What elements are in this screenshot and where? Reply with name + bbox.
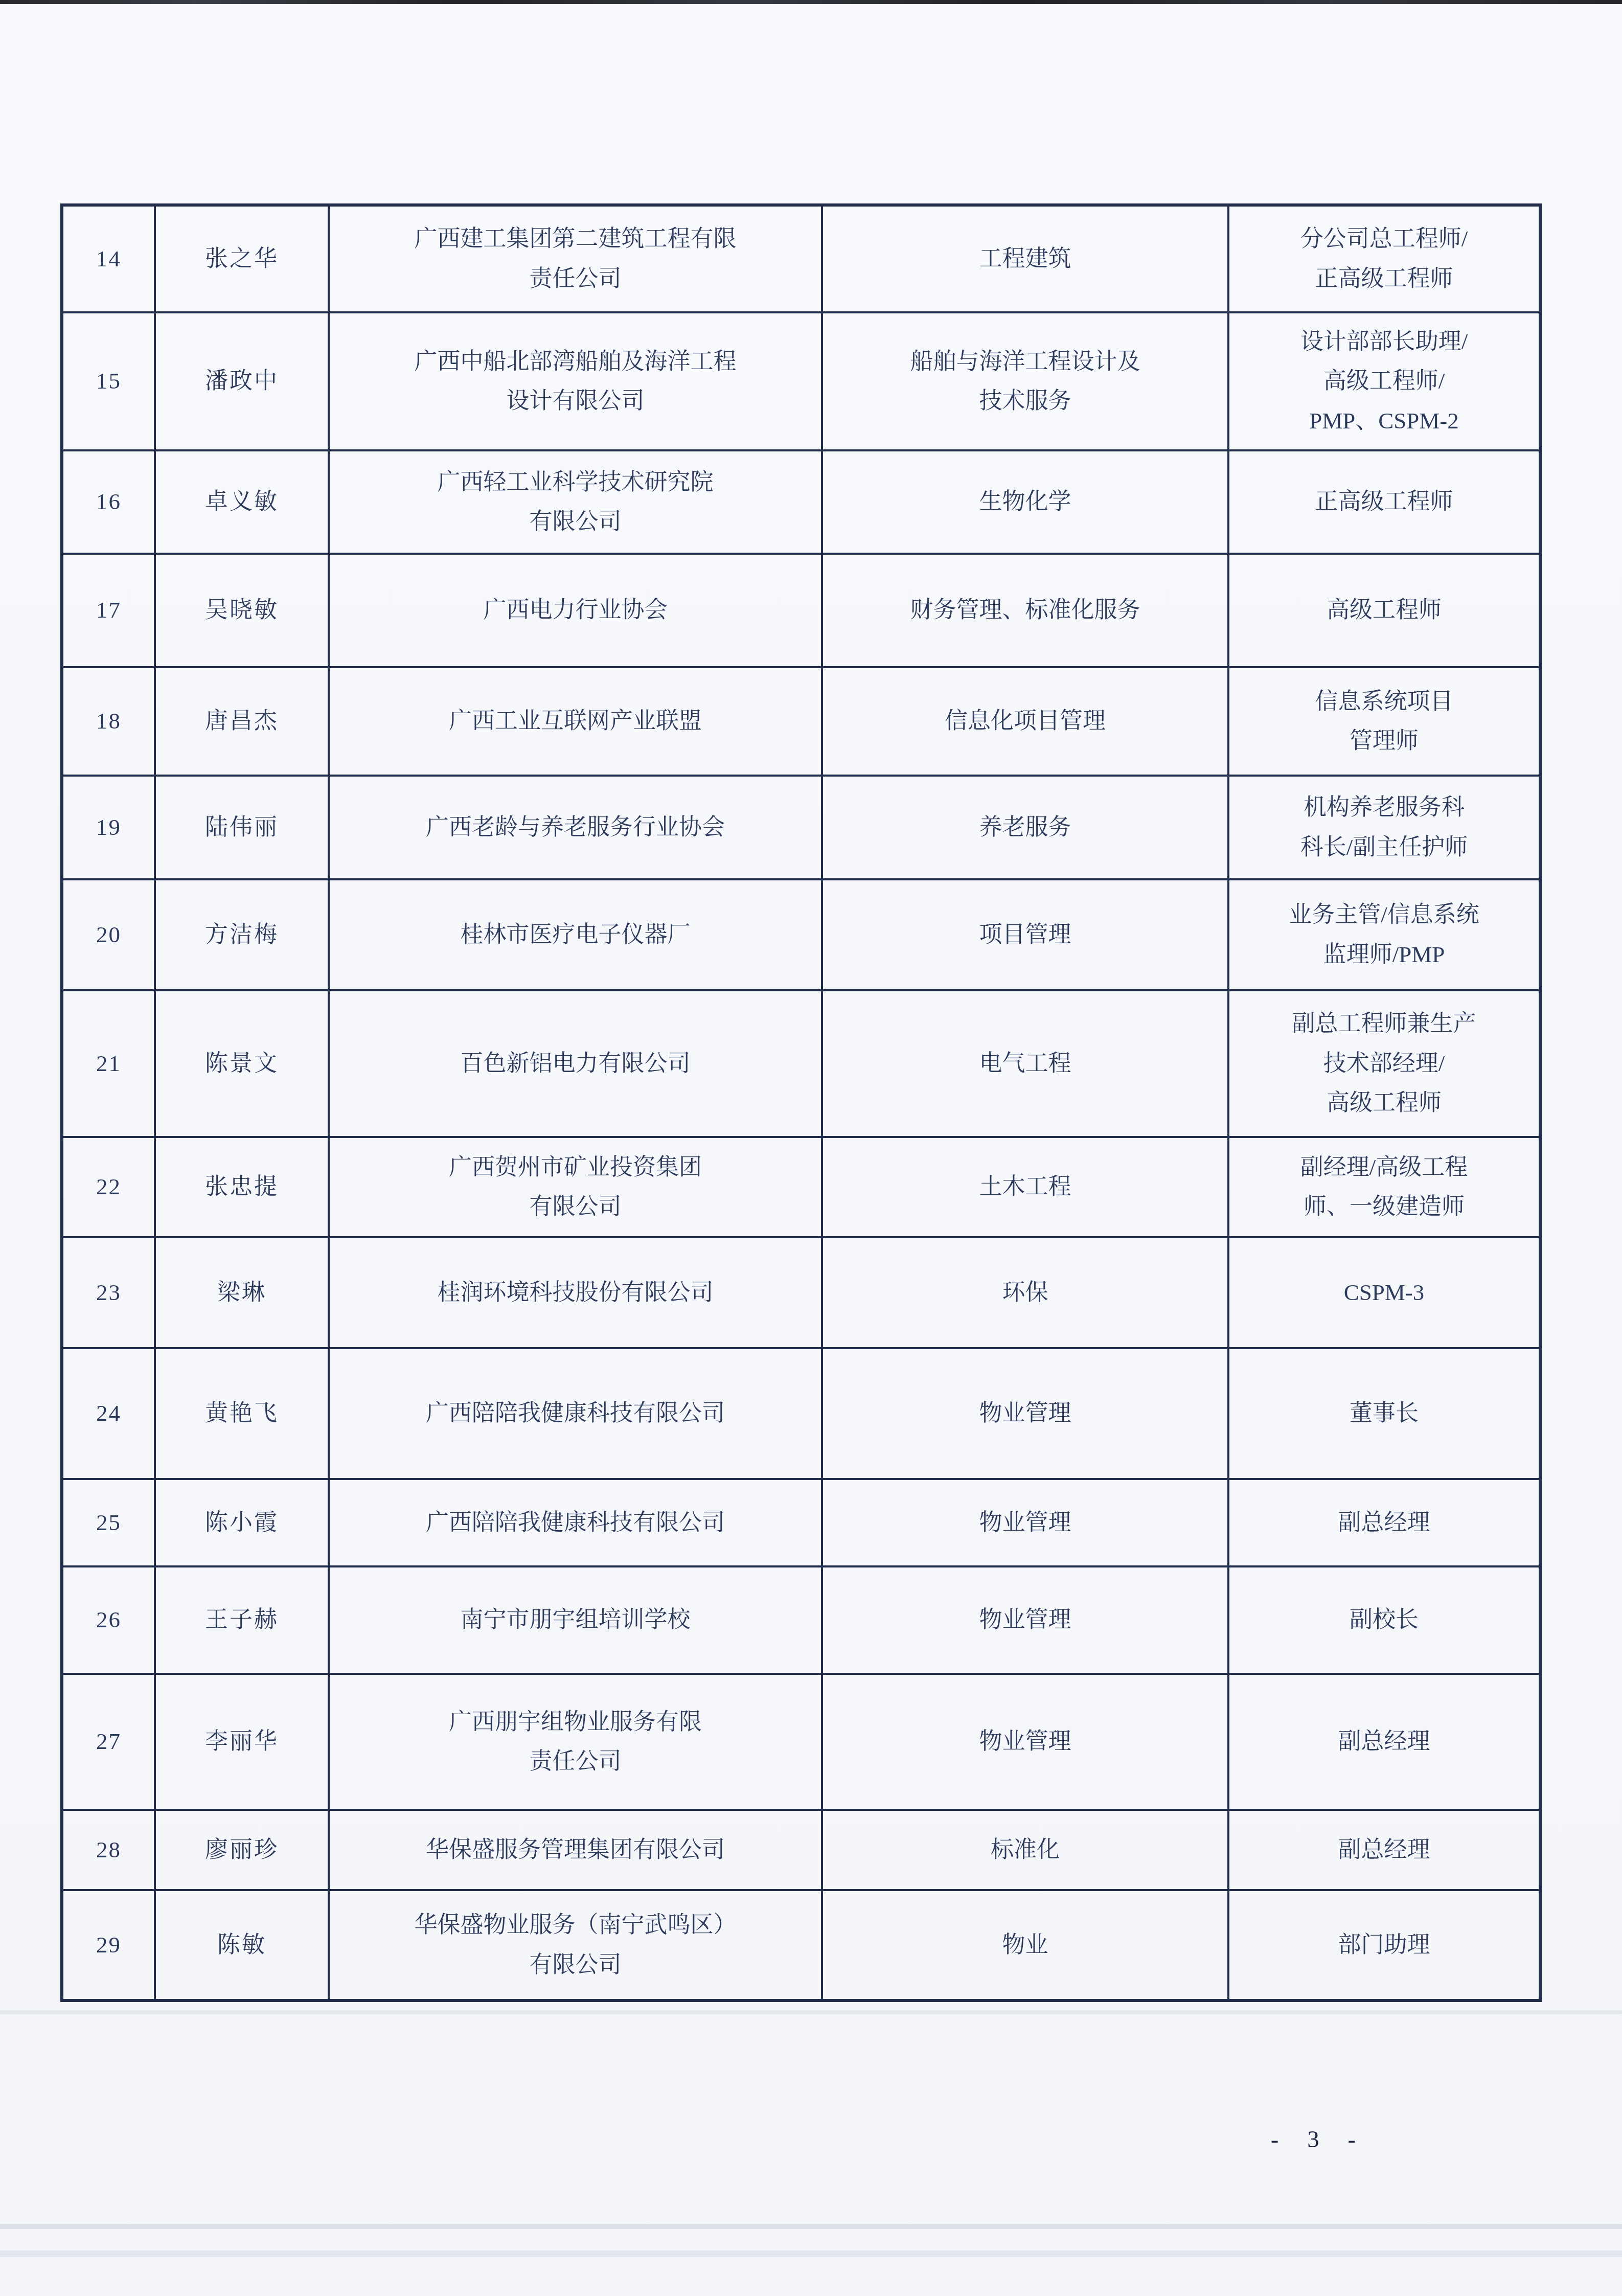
row-number-cell: 21 bbox=[62, 990, 155, 1137]
table-row: 26 王子赫 南宁市朋宇组培训学校 物业管理 副校长 bbox=[62, 1566, 1540, 1674]
row-number-cell: 17 bbox=[62, 554, 155, 667]
field-cell: 生物化学 bbox=[822, 450, 1228, 554]
title-cell: 高级工程师 bbox=[1228, 554, 1540, 667]
company-cell: 广西电力行业协会 bbox=[329, 554, 822, 667]
field-cell: 项目管理 bbox=[822, 879, 1228, 990]
table-row: 22 张忠提 广西贺州市矿业投资集团 有限公司 土木工程 副经理/高级工程 师、… bbox=[62, 1137, 1540, 1237]
table-row: 28 廖丽珍 华保盛服务管理集团有限公司 标准化 副总经理 bbox=[62, 1810, 1540, 1890]
field-cell: 船舶与海洋工程设计及 技术服务 bbox=[822, 312, 1228, 450]
field-cell: 养老服务 bbox=[822, 776, 1228, 879]
company-cell: 桂润环境科技股份有限公司 bbox=[329, 1237, 822, 1348]
row-number-cell: 20 bbox=[62, 879, 155, 990]
field-cell: 物业管理 bbox=[822, 1479, 1228, 1566]
company-cell: 广西工业互联网产业联盟 bbox=[329, 667, 822, 776]
field-cell: 工程建筑 bbox=[822, 205, 1228, 312]
field-cell: 物业 bbox=[822, 1890, 1228, 2001]
field-cell: 财务管理、标准化服务 bbox=[822, 554, 1228, 667]
company-cell: 广西建工集团第二建筑工程有限 责任公司 bbox=[329, 205, 822, 312]
row-number-cell: 19 bbox=[62, 776, 155, 879]
row-number-cell: 26 bbox=[62, 1566, 155, 1674]
company-cell: 广西贺州市矿业投资集团 有限公司 bbox=[329, 1137, 822, 1237]
page-number: - 3 - bbox=[1227, 2126, 1411, 2153]
person-name-cell: 陈敏 bbox=[155, 1890, 329, 2001]
person-name-cell: 黄艳飞 bbox=[155, 1348, 329, 1479]
row-number-cell: 24 bbox=[62, 1348, 155, 1479]
row-number-cell: 15 bbox=[62, 312, 155, 450]
title-cell: 机构养老服务科 科长/副主任护师 bbox=[1228, 776, 1540, 879]
table-row: 24 黄艳飞 广西陪陪我健康科技有限公司 物业管理 董事长 bbox=[62, 1348, 1540, 1479]
row-number-cell: 27 bbox=[62, 1674, 155, 1810]
title-cell: 设计部部长助理/ 高级工程师/ PMP、CSPM-2 bbox=[1228, 312, 1540, 450]
table-row: 16 卓义敏 广西轻工业科学技术研究院 有限公司 生物化学 正高级工程师 bbox=[62, 450, 1540, 554]
table-row: 21 陈景文 百色新铝电力有限公司 电气工程 副总工程师兼生产 技术部经理/ 高… bbox=[62, 990, 1540, 1137]
title-cell: 部门助理 bbox=[1228, 1890, 1540, 2001]
table-body: 14 张之华 广西建工集团第二建筑工程有限 责任公司 工程建筑 分公司总工程师/… bbox=[62, 205, 1540, 2001]
document-page: 14 张之华 广西建工集团第二建筑工程有限 责任公司 工程建筑 分公司总工程师/… bbox=[0, 0, 1622, 2296]
person-name-cell: 吴晓敏 bbox=[155, 554, 329, 667]
person-name-cell: 唐昌杰 bbox=[155, 667, 329, 776]
title-cell: CSPM-3 bbox=[1228, 1237, 1540, 1348]
company-cell: 广西陪陪我健康科技有限公司 bbox=[329, 1348, 822, 1479]
person-name-cell: 廖丽珍 bbox=[155, 1810, 329, 1890]
table-row: 14 张之华 广西建工集团第二建筑工程有限 责任公司 工程建筑 分公司总工程师/… bbox=[62, 205, 1540, 312]
person-name-cell: 张之华 bbox=[155, 205, 329, 312]
title-cell: 副校长 bbox=[1228, 1566, 1540, 1674]
company-cell: 华保盛物业服务（南宁武鸣区） 有限公司 bbox=[329, 1890, 822, 2001]
row-number-cell: 14 bbox=[62, 205, 155, 312]
field-cell: 电气工程 bbox=[822, 990, 1228, 1137]
company-cell: 广西老龄与养老服务行业协会 bbox=[329, 776, 822, 879]
table-row: 29 陈敏 华保盛物业服务（南宁武鸣区） 有限公司 物业 部门助理 bbox=[62, 1890, 1540, 2001]
table-row: 27 李丽华 广西朋宇组物业服务有限 责任公司 物业管理 副总经理 bbox=[62, 1674, 1540, 1810]
field-cell: 环保 bbox=[822, 1237, 1228, 1348]
title-cell: 副总经理 bbox=[1228, 1810, 1540, 1890]
table-row: 18 唐昌杰 广西工业互联网产业联盟 信息化项目管理 信息系统项目 管理师 bbox=[62, 667, 1540, 776]
scan-artifact-streak bbox=[0, 2010, 1622, 2014]
table-row: 17 吴晓敏 广西电力行业协会 财务管理、标准化服务 高级工程师 bbox=[62, 554, 1540, 667]
title-cell: 副总工程师兼生产 技术部经理/ 高级工程师 bbox=[1228, 990, 1540, 1137]
company-cell: 华保盛服务管理集团有限公司 bbox=[329, 1810, 822, 1890]
person-name-cell: 陈景文 bbox=[155, 990, 329, 1137]
field-cell: 物业管理 bbox=[822, 1348, 1228, 1479]
company-cell: 广西轻工业科学技术研究院 有限公司 bbox=[329, 450, 822, 554]
row-number-cell: 18 bbox=[62, 667, 155, 776]
scan-artifact-streak bbox=[0, 2250, 1622, 2257]
row-number-cell: 25 bbox=[62, 1479, 155, 1566]
title-cell: 副总经理 bbox=[1228, 1674, 1540, 1810]
person-name-cell: 梁琳 bbox=[155, 1237, 329, 1348]
table-row: 23 梁琳 桂润环境科技股份有限公司 环保 CSPM-3 bbox=[62, 1237, 1540, 1348]
company-cell: 桂林市医疗电子仪器厂 bbox=[329, 879, 822, 990]
title-cell: 业务主管/信息系统 监理师/PMP bbox=[1228, 879, 1540, 990]
title-cell: 信息系统项目 管理师 bbox=[1228, 667, 1540, 776]
company-cell: 百色新铝电力有限公司 bbox=[329, 990, 822, 1137]
table-row: 19 陆伟丽 广西老龄与养老服务行业协会 养老服务 机构养老服务科 科长/副主任… bbox=[62, 776, 1540, 879]
row-number-cell: 23 bbox=[62, 1237, 155, 1348]
field-cell: 物业管理 bbox=[822, 1566, 1228, 1674]
person-name-cell: 卓义敏 bbox=[155, 450, 329, 554]
table-row: 20 方洁梅 桂林市医疗电子仪器厂 项目管理 业务主管/信息系统 监理师/PMP bbox=[62, 879, 1540, 990]
title-cell: 正高级工程师 bbox=[1228, 450, 1540, 554]
company-cell: 广西朋宇组物业服务有限 责任公司 bbox=[329, 1674, 822, 1810]
personnel-roster-table: 14 张之华 广西建工集团第二建筑工程有限 责任公司 工程建筑 分公司总工程师/… bbox=[60, 203, 1542, 2002]
row-number-cell: 16 bbox=[62, 450, 155, 554]
person-name-cell: 方洁梅 bbox=[155, 879, 329, 990]
field-cell: 物业管理 bbox=[822, 1674, 1228, 1810]
person-name-cell: 李丽华 bbox=[155, 1674, 329, 1810]
row-number-cell: 28 bbox=[62, 1810, 155, 1890]
person-name-cell: 陈小霞 bbox=[155, 1479, 329, 1566]
title-cell: 董事长 bbox=[1228, 1348, 1540, 1479]
company-cell: 广西中船北部湾船舶及海洋工程 设计有限公司 bbox=[329, 312, 822, 450]
title-cell: 副总经理 bbox=[1228, 1479, 1540, 1566]
company-cell: 南宁市朋宇组培训学校 bbox=[329, 1566, 822, 1674]
row-number-cell: 29 bbox=[62, 1890, 155, 2001]
field-cell: 信息化项目管理 bbox=[822, 667, 1228, 776]
title-cell: 副经理/高级工程 师、一级建造师 bbox=[1228, 1137, 1540, 1237]
row-number-cell: 22 bbox=[62, 1137, 155, 1237]
company-cell: 广西陪陪我健康科技有限公司 bbox=[329, 1479, 822, 1566]
table-row: 25 陈小霞 广西陪陪我健康科技有限公司 物业管理 副总经理 bbox=[62, 1479, 1540, 1566]
person-name-cell: 陆伟丽 bbox=[155, 776, 329, 879]
table-row: 15 潘政中 广西中船北部湾船舶及海洋工程 设计有限公司 船舶与海洋工程设计及 … bbox=[62, 312, 1540, 450]
field-cell: 标准化 bbox=[822, 1810, 1228, 1890]
scan-artifact-streak bbox=[0, 2224, 1622, 2229]
title-cell: 分公司总工程师/ 正高级工程师 bbox=[1228, 205, 1540, 312]
scan-artifact-top-edge bbox=[0, 0, 1622, 4]
person-name-cell: 张忠提 bbox=[155, 1137, 329, 1237]
person-name-cell: 潘政中 bbox=[155, 312, 329, 450]
field-cell: 土木工程 bbox=[822, 1137, 1228, 1237]
person-name-cell: 王子赫 bbox=[155, 1566, 329, 1674]
